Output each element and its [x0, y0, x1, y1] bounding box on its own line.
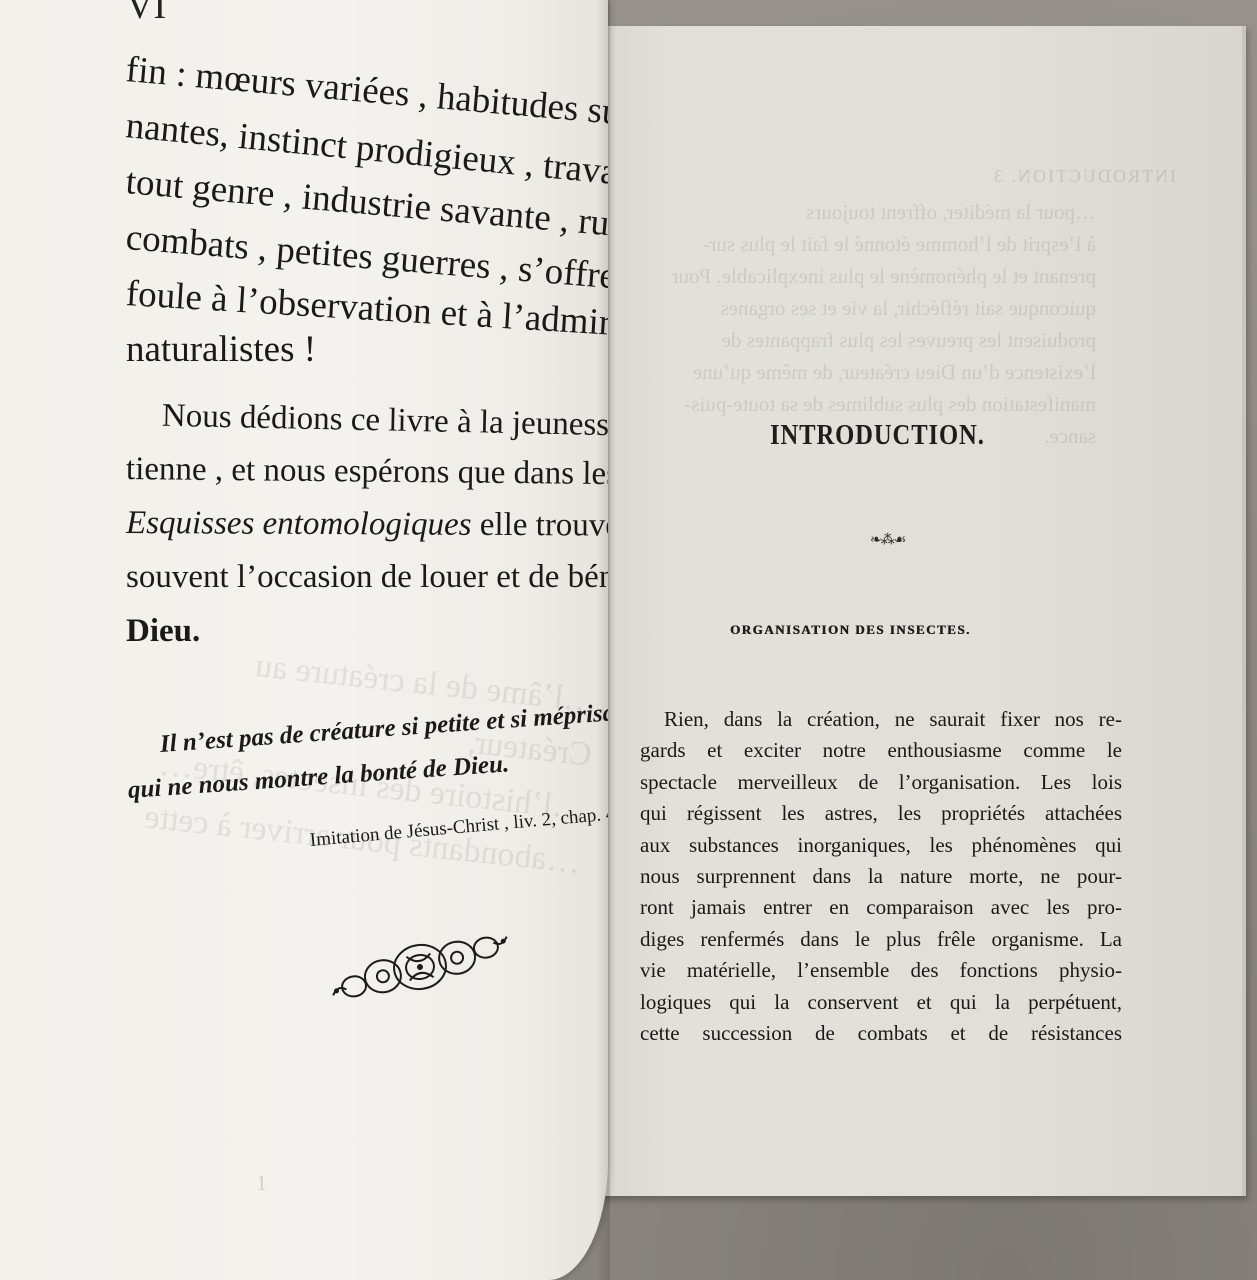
- book-title-italic: Esquisses entomologiques: [126, 505, 472, 543]
- body-line: vie matérielle, l’ensemble des fonctions…: [640, 955, 1122, 986]
- body-line: logiques qui la conservent et qui la per…: [640, 987, 1122, 1018]
- left-page: …l’âme de la créature au Créateur, …l’hi…: [0, 0, 608, 1280]
- dedication-line: Esquisses entomologiques elle trouvera: [126, 496, 606, 553]
- bleed-through-folio: 1: [256, 1170, 267, 1196]
- page-number: VI: [126, 0, 166, 28]
- body-line: spectacle merveilleux de l’organisation.…: [640, 767, 1122, 798]
- spine-shadow: [596, 0, 610, 1280]
- dedication-line: Dieu.: [126, 604, 606, 658]
- small-ornament-icon: ❧⁂☙: [870, 532, 905, 549]
- bleed-through-text: …pour la méditer, offrent toujours à l’e…: [636, 196, 1096, 452]
- body-line: nous surprennent dans la nature morte, n…: [640, 861, 1122, 892]
- left-page-body: fin : mœurs variées , habitudes surpre- …: [126, 42, 608, 378]
- body-line: qui régissent les astres, les propriétés…: [640, 798, 1122, 829]
- right-page-body: Rien, dans la création, ne saurait fixer…: [640, 704, 1122, 1049]
- body-line: Rien, dans la création, ne saurait fixer…: [640, 704, 1122, 735]
- dedication-paragraph: Nous dédions ce livre à la jeunesse chré…: [126, 388, 606, 658]
- body-line: naturalistes !: [126, 322, 608, 378]
- dedication-line: tienne , et nous espérons que dans les: [126, 442, 607, 501]
- dedication-line-rest: elle trouvera: [471, 507, 608, 544]
- section-title: Organisation des insectes.: [730, 622, 1050, 638]
- body-line: gards et exciter notre enthousiasme comm…: [640, 735, 1122, 766]
- body-line: cette succession de combats et de résist…: [640, 1018, 1122, 1049]
- body-line: diges renfermés dans le plus frêle organ…: [640, 924, 1122, 955]
- chapter-title: INTRODUCTION.: [770, 420, 999, 452]
- epigraph-quote: Il n’est pas de créature si petite et si…: [160, 722, 608, 814]
- dedication-line: souvent l’occasion de louer et de bénir: [126, 550, 606, 604]
- floral-vignette-icon: [319, 922, 522, 1013]
- body-line: ront jamais entrer en comparaison avec l…: [640, 892, 1122, 923]
- bleed-through-header: INTRODUCTION. 3: [796, 166, 1176, 187]
- body-line: aux substances inorganiques, les phénomè…: [640, 830, 1122, 861]
